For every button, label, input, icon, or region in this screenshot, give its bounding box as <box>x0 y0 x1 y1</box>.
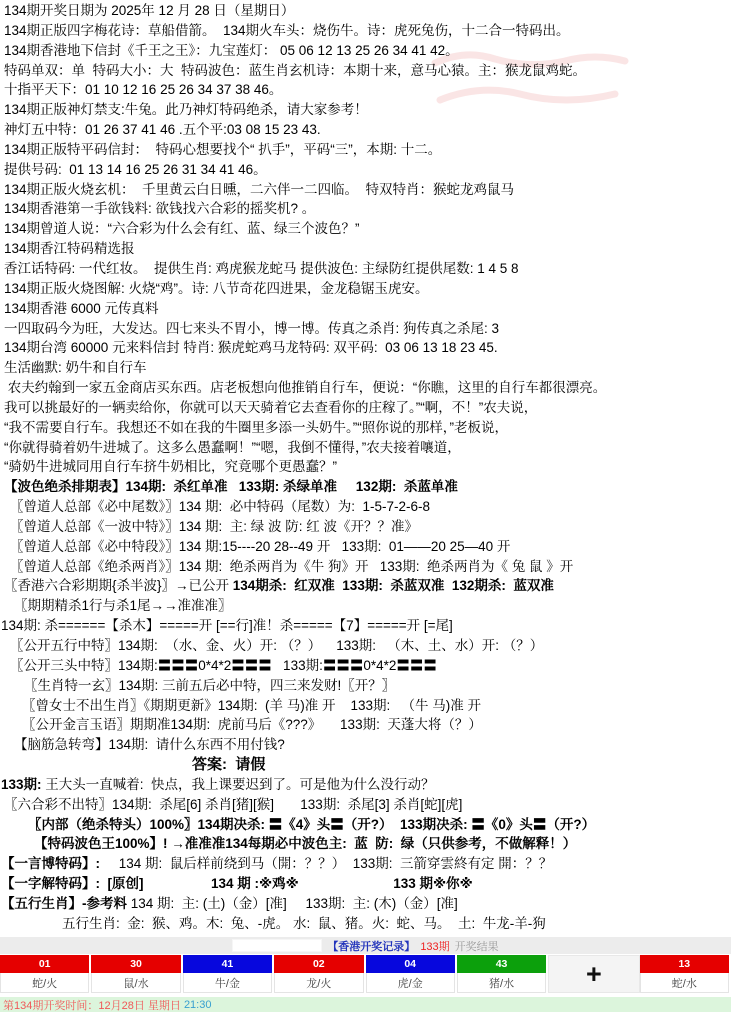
line-meihua-poem: 134期正版四字梅花诗：草船借箭。 134期火车头：烧伤牛。诗：虎死兔伤，十二合… <box>0 21 731 41</box>
line-shizhi-numbers: 十指平天下：01 10 12 16 25 26 34 37 38 46。 <box>0 80 731 100</box>
line-buchute: 〖六合彩不出特〗134期: 杀尾[6] 杀肖[猪][猴] 133期: 杀尾[3]… <box>0 795 731 815</box>
ball-number: 04 <box>366 955 455 973</box>
line-naojin-riddle: 【脑筋急转弯】134期: 请什么东西不用付钱? <box>0 735 731 755</box>
line-provided-numbers: 提供号码: 01 13 14 16 25 26 31 34 41 46。 <box>0 160 731 180</box>
line-santou-zhongte: 〖公开三头中特〗134期:〓〓〓0*4*2〓〓〓 133期:〓〓〓0*4*2〓〓… <box>0 656 731 676</box>
line-tema-attributes: 特码单双：单 特码大小：大 特码波色：蓝生肖玄机诗：本期十来，意马心猿。主：猴龙… <box>0 61 731 81</box>
result-ball: 04 虎/金 <box>366 955 457 993</box>
next-draw-time-text: 第134期开奖时间：12月28日 星期日 <box>3 997 184 1013</box>
line-humor-story-1: 农夫约翰到一家五金商店买东西。店老板想向他推销自行车，便说：“你瞧，这里的自行车… <box>0 378 731 398</box>
result-ball: 41 牛/金 <box>183 955 274 993</box>
line-133-riddle: 133期: 王大头一直喊着: 快点，我上课要迟到了。可是他为什么没行动？ <box>0 775 731 795</box>
record-bar-suffix: 开奖结果 <box>455 938 499 954</box>
line-qiqi-jingsha: 〖期期精杀1行与杀1尾→→准准准〗 <box>0 596 731 616</box>
ball-number: 02 <box>274 955 363 973</box>
line-xiangjiang-title: 134期香江特码精选报 <box>0 239 731 259</box>
line-draw-date: 134期开奖日期为 2025年 12 月 28 日（星期日） <box>0 1 731 21</box>
ball-number: 13 <box>640 955 729 973</box>
line-chuanzhen-poem: 一四取码今为旺，大发达。四七来头不胃小，博一博。传真之杀肖: 狗传真之杀尾: 3 <box>0 319 731 339</box>
yiyan-text: 134 期: 鼠后样前绕到马（開：？？） 133期: 三箭穿雲終有定 開：？？ <box>104 856 553 871</box>
line-yiyan-bo-tema: 【一言博特码】: 134 期: 鼠后样前绕到马（開：？？） 133期: 三箭穿雲… <box>0 854 731 874</box>
line-hk6000-title: 134期香港 6000 元传真料 <box>0 299 731 319</box>
sha-banbo-label: 〖香港六合彩期期{杀半波}〗→已公开 <box>4 578 233 593</box>
line-sha-banbo: 〖香港六合彩期期{杀半波}〗→已公开 134期杀: 红双准 133期: 杀蓝双准… <box>0 576 731 596</box>
line-shendeng-ban: 134期正版神灯禁支:牛兔。此乃神灯特码绝杀，请大家参考！ <box>0 100 731 120</box>
line-yibo-zhongte: 〖曾道人总部《一波中特》〗134 期: 主: 绿 波 防: 红 波《开？？准》 <box>0 517 731 537</box>
line-zengnvshi: 〖曾女士不出生肖〗《期期更新》134期: (羊 马)准 开 133期: （牛 马… <box>0 696 731 716</box>
line-huoshao-xuanji: 134期正版火烧玄机： 千里黄云白日曛，二六伴一二四临。 特双特肖：猴蛇龙鸡鼠马 <box>0 180 731 200</box>
line-shengxiao-te-yixuan: 〖生肖特一玄〗134期: 三前五后必中特，四三来发财!〖开？〗 <box>0 676 731 696</box>
line-neibu-juesha-tetou: 〖内部（绝杀特头）100%〗134期决杀: 〓《4》头〓（开?） 133期决杀:… <box>0 815 731 835</box>
result-ball-special: 13 蛇/水 <box>640 955 731 993</box>
ball-zodiac-element: 牛/金 <box>183 973 272 993</box>
result-ball: 43 猪/水 <box>457 955 548 993</box>
record-bar-title-link[interactable]: 【香港开奖记录】 <box>327 938 415 954</box>
next-draw-clock: 21:30 <box>184 999 212 1011</box>
line-humor-story-3: “我不需要自行车。我想还不如在我的牛圈里多添一头奶牛。”“照你说的那样，”老板说… <box>0 418 731 438</box>
record-bar: 【香港开奖记录】 133期 开奖结果 <box>0 937 731 954</box>
draw-results-strip: 01 蛇/火 30 鼠/水 41 牛/金 02 龙/火 04 虎/金 43 猪/… <box>0 955 731 993</box>
line-yizi-jie-tema: 【一字解特码】: [原创] 134 期 :※鸡※ 133 期※你※ <box>0 874 731 894</box>
line-humor-title: 生活幽默: 奶牛和自行车 <box>0 358 731 378</box>
line-riddle-answer: 答案: 请假 <box>0 755 731 775</box>
line-zengdaoren-says: 134期曾道人说：“六合彩为什么会有红、蓝、绿三个波色？” <box>0 219 731 239</box>
line-xiangjiang-tema: 香江话特码: 一代红妆。 提供生肖: 鸡虎猴龙蛇马 提供波色: 主绿防红提供尾数… <box>0 259 731 279</box>
ball-zodiac-element: 猪/水 <box>457 973 546 993</box>
search-input[interactable] <box>232 939 322 952</box>
line-yuqian-liao: 134期香港第一手欲钱料: 欲钱找六合彩的摇奖机? 。 <box>0 199 731 219</box>
ball-zodiac-element: 蛇/火 <box>0 973 89 993</box>
result-ball: 02 龙/火 <box>274 955 365 993</box>
line-sha-hang-wei: 134期: 杀======【杀木】=====开 [==行]准！杀=====【7】… <box>0 616 731 636</box>
line-juesha-liangxiao: 〖曾道人总部《绝杀两肖》〗134 期: 绝杀两肖为《牛 狗》开 133期: 绝杀… <box>0 557 731 577</box>
line-bose-juesha-table: 【波色绝杀排期表】134期: 杀红单准 133期: 杀绿单准 132期: 杀蓝单… <box>0 477 731 497</box>
lottery-tip-sheet-page: 134期开奖日期为 2025年 12 月 28 日（星期日） 134期正版四字梅… <box>0 0 731 1015</box>
wuxing-text: 134 期: 主: (土)（金）[准] 133期: 主: (木)（金）[准] <box>131 896 458 911</box>
line-tepingma-envelope: 134期正版特平码信封： 特码心想要找个“ 扒手”，平码“三”，本期: 十二。 <box>0 140 731 160</box>
ball-zodiac-element: 虎/金 <box>366 973 455 993</box>
sha-banbo-results: 134期杀: 红双准 133期: 杀蓝双准 132期杀: 蓝双准 <box>233 578 554 593</box>
line-humor-story-4: “你就得骑着奶牛进城了。这多么愚蠢啊！”“嗯，我倒不懂得，”农夫接着嚷道， <box>0 438 731 458</box>
record-issue-badge: 133期 <box>420 938 449 954</box>
ball-number: 41 <box>183 955 272 973</box>
line-hk-envelope: 134期香港地下信封《千王之王》：九宝莲灯： 05 06 12 13 25 26… <box>0 41 731 61</box>
yiyan-label: 【一言博特码】: <box>1 856 104 871</box>
riddle-133-text: 王大头一直喊着: 快点，我上课要迟到了。可是他为什么没行动？ <box>45 777 434 792</box>
line-bizhong-teduan: 〖曾道人总部《必中特段》〗134 期:15----20 28--49 开 133… <box>0 537 731 557</box>
line-wuxing-shengxiao: 【五行生肖】-参考料 134 期: 主: (土)（金）[准] 133期: 主: … <box>0 894 731 914</box>
line-shendeng-wuzhongte: 神灯五中特：01 26 37 41 46 .五个平:03 08 15 23 43… <box>0 120 731 140</box>
ball-zodiac-element: 龙/火 <box>274 973 363 993</box>
line-wuxing-zhongte: 〖公开五行中特〗134期: （水、金、火）开: （？） 133期: （木、土、水… <box>0 636 731 656</box>
ball-zodiac-element: 蛇/水 <box>640 973 729 993</box>
line-bizhong-weishu: 〖曾道人总部《必中尾数》〗134 期: 必中特码（尾数）为: 1-5-7-2-6… <box>0 497 731 517</box>
ball-number: 30 <box>91 955 180 973</box>
next-draw-footer: 第134期开奖时间：12月28日 星期日 21:30 <box>0 997 731 1012</box>
result-ball: 30 鼠/水 <box>91 955 182 993</box>
tip-sheet-text: 134期开奖日期为 2025年 12 月 28 日（星期日） 134期正版四字梅… <box>0 1 731 934</box>
line-tema-bose-wang: 【特码波色王100%】! →准准准134每期必中波色主: 蓝 防: 绿（只供参考… <box>0 834 731 854</box>
wuxing-label: 【五行生肖】-参考料 <box>1 896 131 911</box>
line-jinyan-yuyu: 〖公开金言玉语〗期期准134期: 虎前马后《???》 133期: 天蓬大将（？） <box>0 715 731 735</box>
line-humor-story-2: 我可以挑最好的一辆卖给你，你就可以天天骑着它去查看你的庄稼了。”“啊，不！”农夫… <box>0 398 731 418</box>
plus-separator: + <box>548 955 639 993</box>
ball-zodiac-element: 鼠/水 <box>91 973 180 993</box>
line-wuxing-table: 五行生肖: 金: 猴、鸡。木: 兔、-虎。 水: 鼠、猪。火: 蛇、马。 土: … <box>0 914 731 934</box>
line-huoshao-tujie: 134期正版火烧图解: 火烧“鸡”。诗: 八节奇花四进果，金龙稳锯玉虎安。 <box>0 279 731 299</box>
line-humor-story-5: “骑奶牛进城同用自行车挤牛奶相比，究竟哪个更愚蠢？” <box>0 457 731 477</box>
issue-133-label: 133期: <box>1 777 45 792</box>
result-ball: 01 蛇/火 <box>0 955 91 993</box>
ball-number: 43 <box>457 955 546 973</box>
line-taiwan60000: 134期台湾 60000 元来料信封 特肖: 猴虎蛇鸡马龙特码: 双平码: 03… <box>0 338 731 358</box>
ball-number: 01 <box>0 955 89 973</box>
